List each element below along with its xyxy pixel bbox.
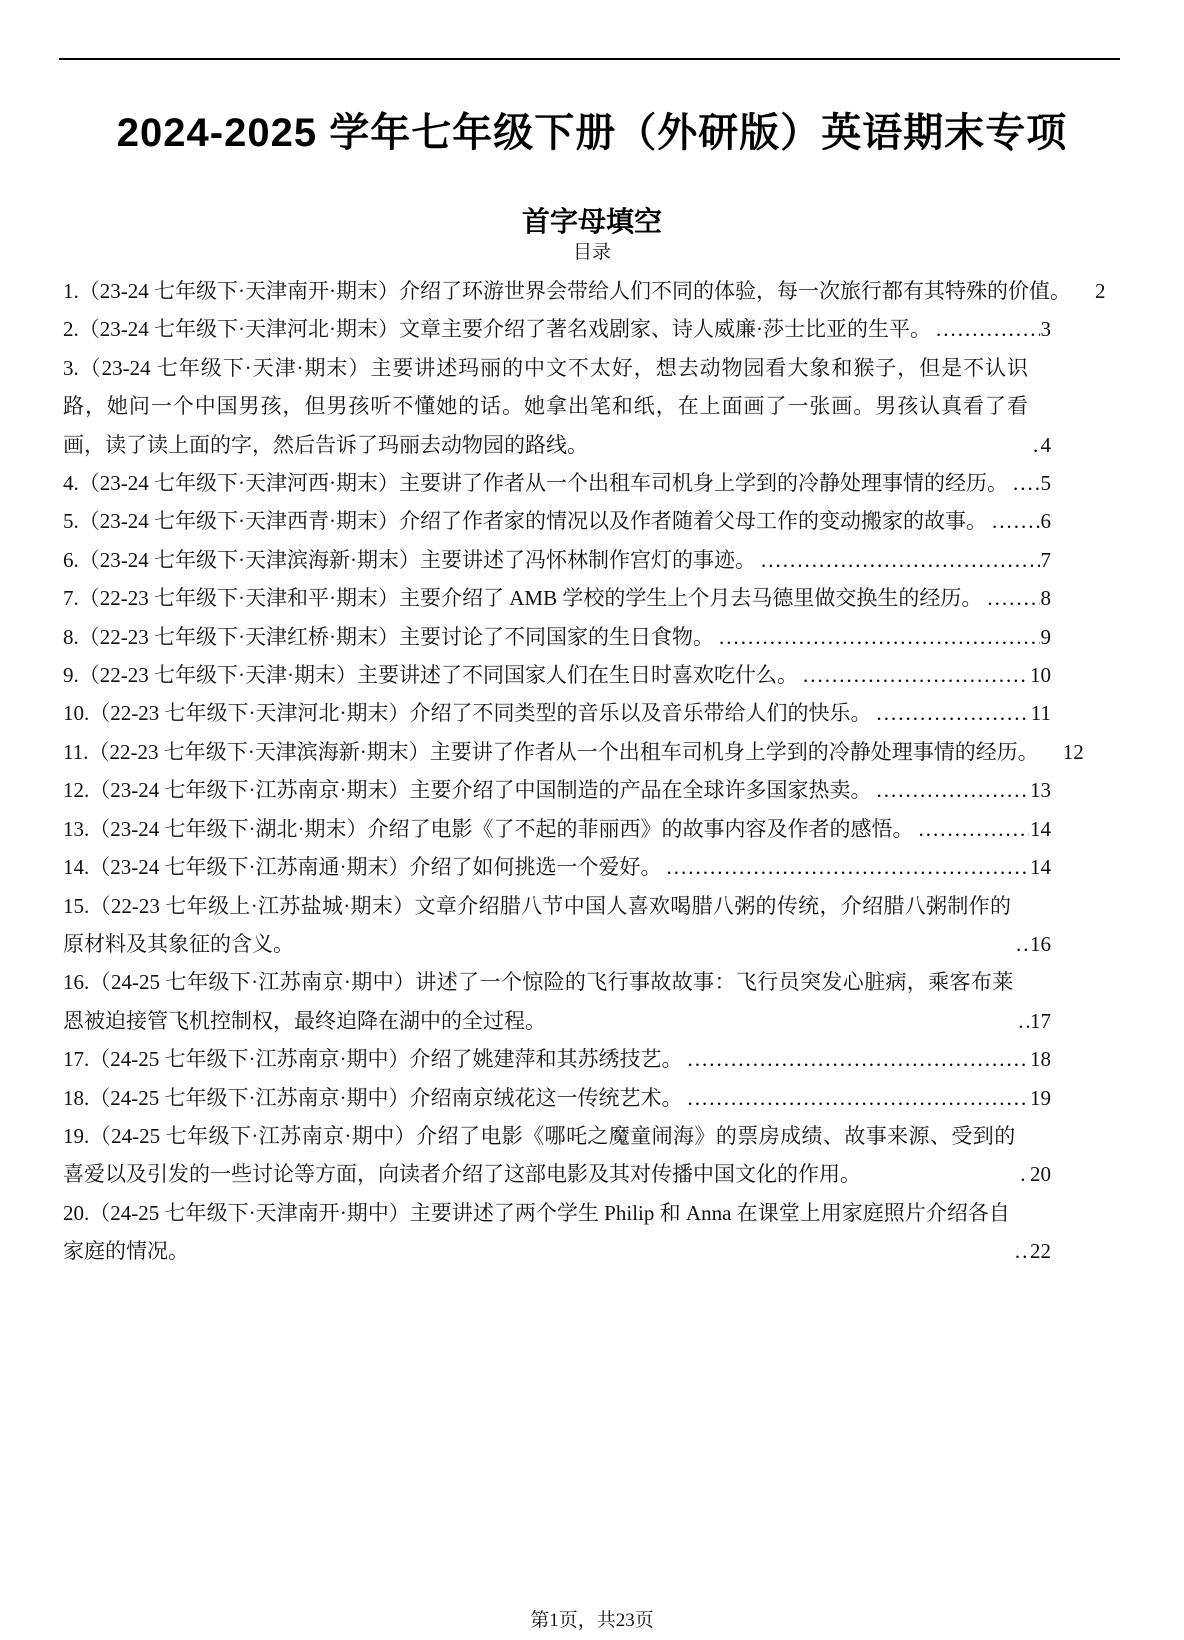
toc-entry-summary: 主要讲了作者从一个出租车司机身上学到的冷静处理事情的经历。 xyxy=(399,471,1008,495)
dot-leader xyxy=(992,502,1040,540)
dot-leader xyxy=(687,1079,1029,1117)
toc-entry-text: 7.（22-23 七年级下·天津和平·期末）主要介绍了 AMB 学校的学生上个月… xyxy=(63,579,982,617)
toc-entry-text: 15.（22-23 七年级上·江苏盐城·期末）文章介绍腊八节中国人喜欢喝腊八粥的… xyxy=(63,887,1011,964)
toc-entry-source: （22-23 七年级下·天津滨海新·期末） xyxy=(88,740,429,764)
toc-entry-text: 4.（23-24 七年级下·天津河西·期末）主要讲了作者从一个出租车司机身上学到… xyxy=(63,464,1008,502)
toc-entry-page: 7 xyxy=(1041,541,1052,579)
toc-entry-source: （24-25 七年级下·江苏南京·期中） xyxy=(89,1086,409,1110)
toc-entry[interactable]: 10.（22-23 七年级下·天津河北·期末）介绍了不同类型的音乐以及音乐带给人… xyxy=(63,694,1121,732)
toc-entry-number: 16. xyxy=(63,970,89,994)
toc-entry[interactable]: 18.（24-25 七年级下·江苏南京·期中）介绍南京绒花这一传统艺术。19 xyxy=(63,1079,1121,1117)
toc-entry-source: （23-24 七年级下·天津滨海新·期末） xyxy=(79,548,420,572)
toc-entry-text: 5.（23-24 七年级下·天津西青·期末）介绍了作者家的情况以及作者随着父母工… xyxy=(63,502,987,540)
toc-entry-source: （23-24 七年级下·天津西青·期末） xyxy=(79,509,399,533)
dot-leader xyxy=(1013,464,1040,502)
toc-entry-source: （22-23 七年级下·天津·期末） xyxy=(79,663,357,687)
dot-leader xyxy=(936,310,1040,348)
toc-entry-summary: 主要讨论了不同国家的生日食物。 xyxy=(399,625,714,649)
document-page: 2024-2025 学年七年级下册（外研版）英语期末专项 首字母填空 目录 1.… xyxy=(0,0,1184,1640)
toc-entry-text: 20.（24-25 七年级下·天津南开·期中）主要讲述了两个学生 Philip … xyxy=(63,1194,1010,1271)
dot-leader xyxy=(719,618,1040,656)
toc-entry-page: 16 xyxy=(1030,925,1051,963)
toc-entry-source: （24-25 七年级下·江苏南京·期中） xyxy=(89,1047,409,1071)
toc-entry[interactable]: 20.（24-25 七年级下·天津南开·期中）主要讲述了两个学生 Philip … xyxy=(63,1194,1121,1271)
toc-entry-number: 15. xyxy=(63,894,89,918)
toc-entry-summary: 介绍了姚建萍和其苏绣技艺。 xyxy=(409,1047,682,1071)
toc-entry-number: 17. xyxy=(63,1047,89,1071)
toc-entry-page: 3 xyxy=(1041,310,1052,348)
toc-entry-source: （22-23 七年级上·江苏盐城·期末） xyxy=(89,894,414,918)
toc-entry-source: （22-23 七年级下·天津河北·期末） xyxy=(89,701,409,725)
toc-entry-summary: 介绍了如何挑选一个爱好。 xyxy=(409,855,661,879)
toc-entry[interactable]: 7.（22-23 七年级下·天津和平·期末）主要介绍了 AMB 学校的学生上个月… xyxy=(63,579,1121,617)
toc-entry-number: 19. xyxy=(63,1124,89,1148)
toc-entry-page: 10 xyxy=(1030,656,1051,694)
header-divider xyxy=(59,58,1120,60)
toc-entry-text: 11.（22-23 七年级下·天津滨海新·期末）主要讲了作者从一个出租车司机身上… xyxy=(63,733,1039,771)
toc-entry-number: 10. xyxy=(63,701,89,725)
dot-leader xyxy=(987,579,1039,617)
toc-entry-text: 2.（23-24 七年级下·天津河北·期末）文章主要介绍了著名戏剧家、诗人威廉·… xyxy=(63,310,931,348)
toc-entry-text: 16.（24-25 七年级下·江苏南京·期中）讲述了一个惊险的飞行事故故事：飞行… xyxy=(63,963,1013,1040)
toc-entry-number: 1. xyxy=(63,279,79,303)
toc-entry-summary: 介绍了电影《了不起的菲丽西》的故事内容及作者的感悟。 xyxy=(367,817,913,841)
toc-entry-page: 5 xyxy=(1041,464,1052,502)
toc-entry-page: 17 xyxy=(1030,1002,1051,1040)
toc-entry-summary: 主要讲述了冯怀林制作宫灯的事迹。 xyxy=(420,548,756,572)
toc-entry-source: （23-24 七年级下·天津南开·期末） xyxy=(79,279,399,303)
toc-entry-number: 13. xyxy=(63,817,89,841)
toc-entry-number: 12. xyxy=(63,778,89,802)
toc-entry[interactable]: 6.（23-24 七年级下·天津滨海新·期末）主要讲述了冯怀林制作宫灯的事迹。7 xyxy=(63,541,1121,579)
dot-leader xyxy=(1018,1002,1029,1040)
toc-entry-source: （24-25 七年级下·江苏南京·期中） xyxy=(89,970,415,994)
toc-entry[interactable]: 12.（23-24 七年级下·江苏南京·期末）主要介绍了中国制造的产品在全球许多… xyxy=(63,771,1121,809)
toc-entry-source: （24-25 七年级下·江苏南京·期中） xyxy=(89,1124,416,1148)
toc-entry-summary: 主要介绍了 AMB 学校的学生上个月去马德里做交换生的经历。 xyxy=(399,586,982,610)
toc-entry-number: 4. xyxy=(63,471,79,495)
toc-entry-number: 3. xyxy=(63,356,79,380)
toc-entry[interactable]: 13.（23-24 七年级下·湖北·期末）介绍了电影《了不起的菲丽西》的故事内容… xyxy=(63,810,1121,848)
toc-entry-text: 18.（24-25 七年级下·江苏南京·期中）介绍南京绒花这一传统艺术。 xyxy=(63,1079,682,1117)
dot-leader xyxy=(876,771,1029,809)
toc-entry-text: 1.（23-24 七年级下·天津南开·期末）介绍了环游世界会带给人们不同的体验，… xyxy=(63,272,1071,310)
toc-entry-source: （23-24 七年级下·湖北·期末） xyxy=(89,817,367,841)
toc-entry-text: 6.（23-24 七年级下·天津滨海新·期末）主要讲述了冯怀林制作宫灯的事迹。 xyxy=(63,541,756,579)
toc-entry-number: 18. xyxy=(63,1086,89,1110)
page-footer: 第1页，共23页 xyxy=(0,1608,1184,1634)
toc-entry-source: （23-24 七年级下·江苏南通·期末） xyxy=(89,855,409,879)
dot-leader xyxy=(761,541,1040,579)
toc-entry-source: （22-23 七年级下·天津红桥·期末） xyxy=(79,625,399,649)
toc-entry-page: 13 xyxy=(1030,771,1051,809)
toc-entry-page: 8 xyxy=(1041,579,1052,617)
toc-entry-summary: 主要介绍了中国制造的产品在全球许多国家热卖。 xyxy=(409,778,871,802)
dot-leader xyxy=(1015,1232,1029,1270)
toc-entry[interactable]: 2.（23-24 七年级下·天津河北·期末）文章主要介绍了著名戏剧家、诗人威廉·… xyxy=(63,310,1121,348)
toc-entry-summary: 介绍了环游世界会带给人们不同的体验，每一次旅行都有其特殊的价值。 xyxy=(399,279,1071,303)
toc-entry-text: 8.（22-23 七年级下·天津红桥·期末）主要讨论了不同国家的生日食物。 xyxy=(63,618,714,656)
toc-entry-summary: 介绍了作者家的情况以及作者随着父母工作的变动搬家的故事。 xyxy=(399,509,987,533)
dot-leader xyxy=(666,848,1029,886)
toc-entry-text: 12.（23-24 七年级下·江苏南京·期末）主要介绍了中国制造的产品在全球许多… xyxy=(63,771,871,809)
dot-leader xyxy=(1016,925,1029,963)
toc-entry[interactable]: 17.（24-25 七年级下·江苏南京·期中）介绍了姚建萍和其苏绣技艺。18 xyxy=(63,1040,1121,1078)
toc-entry[interactable]: 9.（22-23 七年级下·天津·期末）主要讲述了不同国家人们在生日时喜欢吃什么… xyxy=(63,656,1121,694)
toc-entry-number: 14. xyxy=(63,855,89,879)
toc-entry-page: 20 xyxy=(1030,1155,1051,1193)
toc-entry[interactable]: 19.（24-25 七年级下·江苏南京·期中）介绍了电影《哪吒之魔童闹海》的票房… xyxy=(63,1117,1121,1194)
toc-entry-number: 5. xyxy=(63,509,79,533)
dot-leader xyxy=(918,810,1029,848)
toc-entry-summary: 文章主要介绍了著名戏剧家、诗人威廉·莎士比亚的生平。 xyxy=(399,317,931,341)
toc-entry-summary: 介绍了不同类型的音乐以及音乐带给人们的快乐。 xyxy=(409,701,871,725)
dot-leader xyxy=(687,1040,1029,1078)
toc-entry-page: 12 xyxy=(1063,733,1084,771)
toc-entry-source: （23-24 七年级下·天津河西·期末） xyxy=(79,471,399,495)
toc-entry-text: 3.（23-24 七年级下·天津·期末）主要讲述玛丽的中文不太好，想去动物园看大… xyxy=(63,349,1028,464)
dot-leader xyxy=(803,656,1029,694)
toc-entry[interactable]: 14.（23-24 七年级下·江苏南通·期末）介绍了如何挑选一个爱好。14 xyxy=(63,848,1121,886)
toc-entry-summary: 介绍南京绒花这一传统艺术。 xyxy=(409,1086,682,1110)
toc-entry-text: 13.（23-24 七年级下·湖北·期末）介绍了电影《了不起的菲丽西》的故事内容… xyxy=(63,810,913,848)
page-title: 2024-2025 学年七年级下册（外研版）英语期末专项 xyxy=(30,109,1154,157)
dot-leader xyxy=(1020,1155,1029,1193)
toc-entry-number: 6. xyxy=(63,548,79,572)
toc-entry[interactable]: 5.（23-24 七年级下·天津西青·期末）介绍了作者家的情况以及作者随着父母工… xyxy=(63,502,1121,540)
toc-entry-number: 2. xyxy=(63,317,79,341)
toc-entry-page: 19 xyxy=(1030,1079,1051,1117)
section-title: 首字母填空 xyxy=(0,205,1184,241)
toc-list: 1.（23-24 七年级下·天津南开·期末）介绍了环游世界会带给人们不同的体验，… xyxy=(63,272,1121,1271)
dot-leader xyxy=(876,694,1029,732)
toc-entry-page: 14 xyxy=(1030,810,1051,848)
toc-entry-source: （23-24 七年级下·天津·期末） xyxy=(79,356,371,380)
toc-entry[interactable]: 3.（23-24 七年级下·天津·期末）主要讲述玛丽的中文不太好，想去动物园看大… xyxy=(63,349,1121,464)
toc-entry-number: 8. xyxy=(63,625,79,649)
toc-entry-source: （23-24 七年级下·天津河北·期末） xyxy=(79,317,399,341)
toc-entry-text: 14.（23-24 七年级下·江苏南通·期末）介绍了如何挑选一个爱好。 xyxy=(63,848,661,886)
toc-entry-number: 20. xyxy=(63,1201,89,1225)
dot-leader xyxy=(1033,426,1040,464)
toc-entry[interactable]: 4.（23-24 七年级下·天津河西·期末）主要讲了作者从一个出租车司机身上学到… xyxy=(63,464,1121,502)
toc-entry-page: 4 xyxy=(1041,426,1052,464)
toc-entry[interactable]: 11.（22-23 七年级下·天津滨海新·期末）主要讲了作者从一个出租车司机身上… xyxy=(63,733,1121,771)
toc-entry[interactable]: 1.（23-24 七年级下·天津南开·期末）介绍了环游世界会带给人们不同的体验，… xyxy=(63,272,1121,310)
toc-entry[interactable]: 16.（24-25 七年级下·江苏南京·期中）讲述了一个惊险的飞行事故故事：飞行… xyxy=(63,963,1121,1040)
toc-entry[interactable]: 15.（22-23 七年级上·江苏盐城·期末）文章介绍腊八节中国人喜欢喝腊八粥的… xyxy=(63,887,1121,964)
toc-entry-number: 7. xyxy=(63,586,79,610)
toc-entry-source: （24-25 七年级下·天津南开·期中） xyxy=(89,1201,410,1225)
toc-caption: 目录 xyxy=(0,241,1184,265)
toc-entry-text: 9.（22-23 七年级下·天津·期末）主要讲述了不同国家人们在生日时喜欢吃什么… xyxy=(63,656,798,694)
toc-entry[interactable]: 8.（22-23 七年级下·天津红桥·期末）主要讨论了不同国家的生日食物。9 xyxy=(63,618,1121,656)
toc-entry-summary: 主要讲了作者从一个出租车司机身上学到的冷静处理事情的经历。 xyxy=(430,740,1039,764)
toc-entry-number: 11. xyxy=(63,740,88,764)
toc-entry-text: 19.（24-25 七年级下·江苏南京·期中）介绍了电影《哪吒之魔童闹海》的票房… xyxy=(63,1117,1015,1194)
toc-entry-page: 14 xyxy=(1030,848,1051,886)
toc-entry-summary: 主要讲述了不同国家人们在生日时喜欢吃什么。 xyxy=(357,663,798,687)
toc-entry-text: 10.（22-23 七年级下·天津河北·期末）介绍了不同类型的音乐以及音乐带给人… xyxy=(63,694,871,732)
toc-entry-page: 9 xyxy=(1041,618,1052,656)
toc-entry-text: 17.（24-25 七年级下·江苏南京·期中）介绍了姚建萍和其苏绣技艺。 xyxy=(63,1040,682,1078)
toc-entry-number: 9. xyxy=(63,663,79,687)
toc-entry-source: （22-23 七年级下·天津和平·期末） xyxy=(79,586,399,610)
toc-entry-page: 6 xyxy=(1041,502,1052,540)
toc-entry-page: 22 xyxy=(1030,1232,1051,1270)
toc-entry-page: 2 xyxy=(1095,272,1106,310)
toc-entry-source: （23-24 七年级下·江苏南京·期末） xyxy=(89,778,409,802)
toc-entry-page: 11 xyxy=(1031,694,1051,732)
toc-entry-page: 18 xyxy=(1030,1040,1051,1078)
